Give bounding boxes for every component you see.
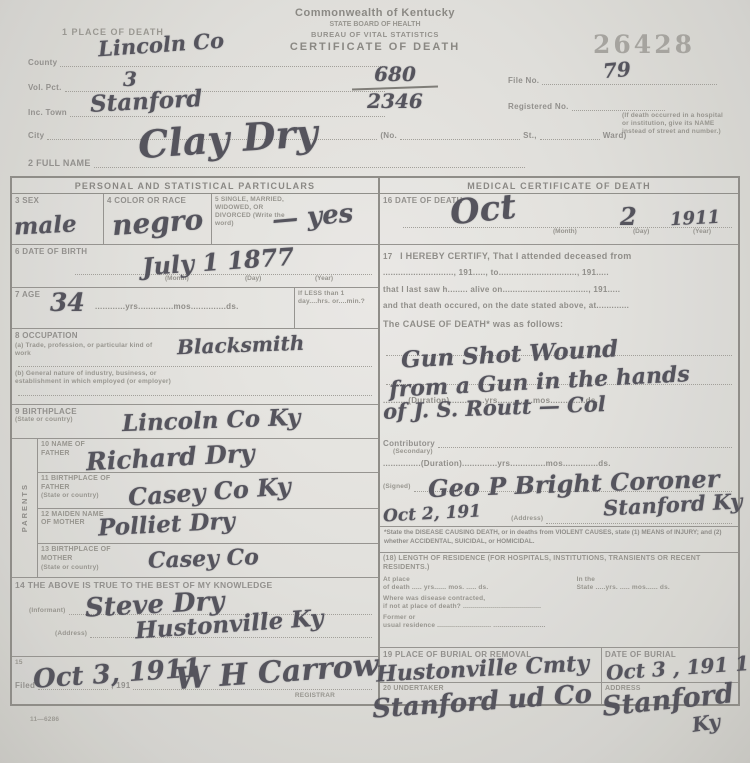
city-ward-label: Ward) — [603, 131, 627, 140]
dod-label: 16 DATE OF DEATH — [383, 196, 735, 205]
city-st-line — [540, 131, 600, 140]
at-place-line-1: At place — [383, 576, 577, 584]
city-row: City (No. St., Ward) — [28, 131, 722, 140]
fraction-denominator: 2346 — [350, 89, 440, 113]
in-the-line-1: In the — [577, 576, 735, 584]
date-of-death-row: 16 DATE OF DEATH (Month) (Day) (Year) Oc… — [380, 194, 738, 245]
occupation-b-label: (b) General nature of industry, business… — [15, 370, 175, 386]
dob-day-label: (Day) — [245, 275, 261, 282]
informant-block: 14 THE ABOVE IS TRUE TO THE BEST OF MY K… — [12, 578, 378, 657]
certify-line-3: that I last saw h........ alive on......… — [383, 282, 735, 298]
registered-no-label: Registered No. — [508, 102, 569, 111]
occupation-a-line — [18, 358, 372, 367]
marital-value: — yes — [271, 199, 355, 236]
registrar-label: REGISTRAR — [15, 692, 335, 700]
cause-of-death-area: ..........(Duration)..............yrs...… — [383, 347, 735, 431]
race-cell: 4 COLOR OR RACE negro — [104, 194, 212, 244]
father-name-row: 10 NAME OF FATHER Richard Dry — [38, 439, 378, 473]
signed-label: (Signed) — [383, 483, 411, 491]
certify-line-2: ............................, 191....., … — [383, 265, 735, 281]
occupation-a-label: (a) Trade, profession, or particular kin… — [15, 342, 165, 358]
undertaker-cell: 20 UNDERTAKER Stanford ud Co — [380, 683, 602, 704]
city-label: City — [28, 131, 44, 140]
vol-label: Vol. Pct. — [28, 83, 62, 92]
birthplace-value: Lincoln Co Ky — [122, 404, 301, 437]
file-no-value: 79 — [602, 57, 632, 83]
registered-no-row: Registered No. — [508, 102, 668, 111]
city-st-label: St., — [523, 131, 537, 140]
informant-label: (Informant) — [29, 607, 66, 615]
file-no-label: File No. — [508, 76, 539, 85]
signed-date-value: Oct 2, 191 — [383, 501, 482, 526]
father-birthplace-row: 11 BIRTHPLACE OF FATHER (State or countr… — [38, 473, 378, 509]
undertaker-address-state: Ky — [690, 709, 721, 737]
date-of-birth-row: 6 DATE OF BIRTH (Month) (Day) (Year) Jul… — [12, 245, 378, 288]
commonwealth-title: Commonwealth of Kentucky — [0, 7, 750, 19]
city-no-line — [400, 131, 520, 140]
mother-birthplace-label: 13 BIRTHPLACE OF MOTHER — [41, 546, 111, 564]
city-no-label: (No. — [380, 131, 397, 140]
former-line-1: Former or — [383, 614, 735, 622]
age-value: 34 — [50, 288, 85, 317]
burial-row: 19 PLACE OF BURIAL OR REMOVAL Hustonvill… — [380, 648, 738, 683]
parents-label-text: PARENTS — [20, 483, 29, 532]
vol-value: 3 — [123, 67, 137, 91]
age-row: 7 AGE ............yrs..............mos..… — [12, 288, 378, 329]
burial-place-cell: 19 PLACE OF BURIAL OR REMOVAL Hustonvill… — [380, 648, 602, 682]
dod-year-value: 1911 — [669, 207, 720, 231]
personal-section-title: PERSONAL AND STATISTICAL PARTICULARS — [12, 178, 378, 194]
age-less-cell: If LESS than 1 day....hrs. or....min.? — [294, 288, 378, 328]
certify-line-5: The CAUSE OF DEATH* was as follows: — [383, 315, 735, 333]
residence-in-state: In the State .....yrs. ..... mos...... d… — [577, 576, 735, 592]
occupation-row: 8 OCCUPATION (a) Trade, profession, or p… — [12, 329, 378, 405]
sex-label: 3 SEX — [15, 196, 100, 205]
birthplace-row: 9 BIRTHPLACE (State or country) Lincoln … — [12, 405, 378, 439]
county-row: County Lincoln Co — [28, 58, 388, 67]
secondary-label: (Secondary) — [393, 448, 735, 456]
occupation-b-line — [18, 387, 372, 396]
form-number: 11—6286 — [30, 716, 59, 724]
county-label: County — [28, 58, 57, 67]
medical-section-title: MEDICAL CERTIFICATE OF DEATH — [380, 178, 738, 194]
informant-address-label: (Address) — [55, 630, 87, 638]
certify-item-number: 17 — [383, 252, 393, 261]
full-name-label: 2 FULL NAME — [28, 158, 91, 168]
burial-date-cell: DATE OF BURIAL Oct 3 , 191 1 — [602, 648, 738, 682]
undertaker-row: 20 UNDERTAKER Stanford ud Co ADDRESS Sta… — [380, 683, 738, 704]
former-line-2: usual residence ........................… — [383, 622, 735, 630]
signed-address-label: (Address) — [511, 515, 543, 523]
residence-at-place: At place of death ..... yrs...... mos. .… — [383, 576, 577, 592]
race-value: negro — [111, 203, 204, 242]
certify-block: 17 I HEREBY CERTIFY, That I attended dec… — [380, 245, 738, 526]
town-row: Inc. Town Stanford — [28, 108, 388, 117]
residence-block: (18) LENGTH OF RESIDENCE (FOR HOSPITALS,… — [380, 553, 738, 648]
dod-year-label: (Year) — [693, 228, 711, 235]
mother-name-value: Polliet Dry — [97, 507, 235, 541]
father-name-value: Richard Dry — [85, 439, 255, 477]
fraction-numerator: 680 — [350, 62, 440, 86]
at-place-line-2: of death ..... yrs...... mos. ..... ds. — [383, 584, 577, 592]
in-the-line-2: State .....yrs. ..... mos...... ds. — [577, 584, 735, 592]
mother-birthplace-row: 13 BIRTHPLACE OF MOTHER (State or countr… — [38, 544, 378, 577]
dod-day-value: 2 — [620, 202, 637, 231]
vol-row: Vol. Pct. 3 — [28, 83, 388, 92]
father-birthplace-value: Casey Co Ky — [127, 471, 292, 511]
contributory-line — [438, 439, 732, 448]
age-less-note: If LESS than 1 day....hrs. or....min.? — [298, 290, 375, 306]
certificate-fraction: 680 2346 — [350, 62, 440, 113]
contracted-line-1: Where was disease contracted, — [383, 595, 735, 603]
certificate-stamp-number: 26428 — [593, 30, 695, 59]
certify-line-1: I HEREBY CERTIFY, That I attended deceas… — [400, 251, 631, 261]
mother-name-row: 12 MAIDEN NAME OF MOTHER Polliet Dry — [38, 509, 378, 545]
file-no-row: File No. 79 — [508, 76, 720, 85]
parents-vertical-label: PARENTS — [12, 439, 38, 577]
certify-line-4: and that death occured, on the date stat… — [383, 298, 735, 314]
town-label: Inc. Town — [28, 108, 67, 117]
undertaker-address-cell: ADDRESS Stanford Ky — [602, 683, 738, 704]
mother-birthplace-value: Casey Co — [148, 544, 260, 574]
dob-year-label: (Year) — [315, 275, 333, 282]
dod-month-label: (Month) — [553, 228, 577, 235]
registered-no-line — [572, 102, 665, 111]
certificate-body: PERSONAL AND STATISTICAL PARTICULARS 3 S… — [10, 176, 740, 706]
death-certificate-scan: Commonwealth of Kentucky STATE BOARD OF … — [0, 0, 750, 763]
age-units-line: ............yrs..............mos........… — [95, 299, 291, 315]
dod-month-value: Oct — [448, 187, 518, 234]
age-cell: 7 AGE ............yrs..............mos..… — [12, 288, 294, 328]
father-birthplace-label: 11 BIRTHPLACE OF FATHER — [41, 475, 111, 493]
full-name-row: 2 FULL NAME Clay Dry — [28, 158, 528, 168]
medical-column: MEDICAL CERTIFICATE OF DEATH 16 DATE OF … — [380, 178, 738, 704]
filed-label: Filed — [15, 681, 35, 690]
sex-race-marital-row: 3 SEX male 4 COLOR OR RACE negro 5 SINGL… — [12, 194, 378, 245]
cause-footnote: *State the DISEASE CAUSING DEATH, or in … — [380, 526, 738, 553]
residence-heading: (18) LENGTH OF RESIDENCE (FOR HOSPITALS,… — [383, 555, 735, 573]
personal-column: PERSONAL AND STATISTICAL PARTICULARS 3 S… — [12, 178, 380, 704]
contracted-line-2: if not at place of death? ..............… — [383, 603, 735, 611]
marital-cell: 5 SINGLE, MARRIED, WIDOWED, OR DIVORCED … — [212, 194, 378, 244]
sex-value: male — [13, 210, 77, 240]
occupation-value: Blacksmith — [177, 331, 305, 359]
sex-cell: 3 SEX male — [12, 194, 104, 244]
parents-block: PARENTS 10 NAME OF FATHER Richard Dry 11… — [12, 439, 378, 578]
contributory-label: Contributory — [383, 439, 435, 448]
filed-block: 15 Filed , 191 Oct 3, 1911 W H Carrow RE… — [12, 657, 378, 704]
